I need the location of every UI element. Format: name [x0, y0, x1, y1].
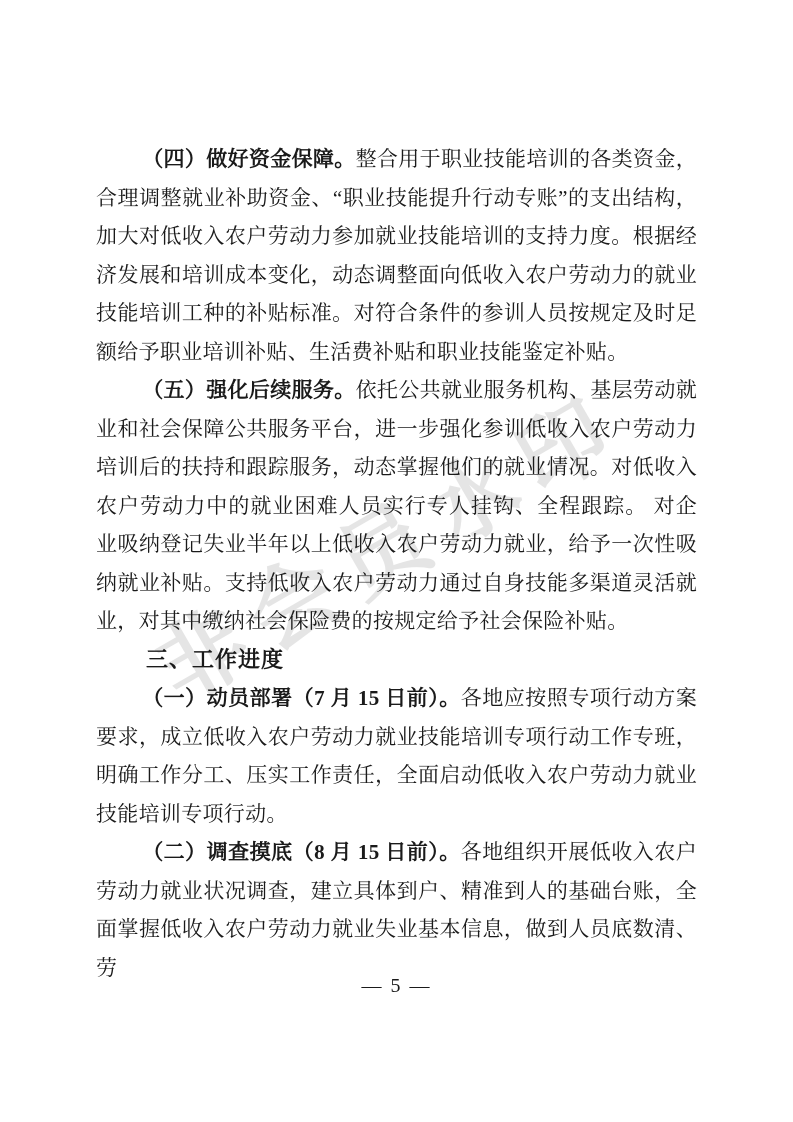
- paragraph-funding-guarantee: （四）做好资金保障。整合用于职业技能培训的各类资金，合理调整就业补助资金、“职业…: [96, 140, 697, 371]
- paragraph-lead: （五）强化后续服务。: [142, 378, 355, 402]
- paragraph-lead: （二）调查摸底（8 月 15 日前）。: [142, 840, 461, 864]
- paragraph-lead: （四）做好资金保障。: [142, 147, 355, 171]
- paragraph-text: 依托公共就业服务机构、基层劳动就业和社会保障公共服务平台，进一步强化参训低收入农…: [96, 378, 697, 633]
- document-body: （四）做好资金保障。整合用于职业技能培训的各类资金，合理调整就业补助资金、“职业…: [96, 140, 697, 987]
- paragraph-followup-service: （五）强化后续服务。依托公共就业服务机构、基层劳动就业和社会保障公共服务平台，进…: [96, 371, 697, 641]
- page-number: — 5 —: [0, 974, 793, 998]
- paragraph-text: 整合用于职业技能培训的各类资金，合理调整就业补助资金、“职业技能提升行动专账”的…: [96, 147, 697, 364]
- document-page: 非会员水印 （四）做好资金保障。整合用于职业技能培训的各类资金，合理调整就业补助…: [0, 0, 793, 1122]
- paragraph-mobilization: （一）动员部署（7 月 15 日前）。各地应按照专项行动方案要求，成立低收入农户…: [96, 679, 697, 833]
- paragraph-survey: （二）调查摸底（8 月 15 日前）。各地组织开展低收入农户劳动力就业状况调查，…: [96, 833, 697, 987]
- section-heading: 三、工作进度: [96, 641, 697, 680]
- paragraph-lead: （一）动员部署（7 月 15 日前）。: [142, 686, 461, 710]
